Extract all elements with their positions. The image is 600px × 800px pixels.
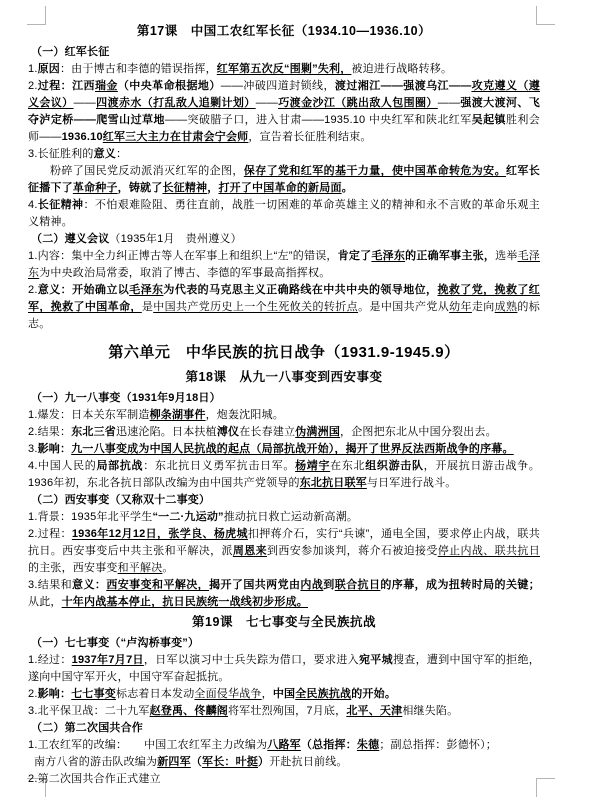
text-run: （一）红军长征 bbox=[31, 46, 109, 58]
paragraph: 1.经过：1937年7月7日，日军以演习中士兵失踪为借口，要求进入宛平城搜查，遭… bbox=[28, 652, 540, 686]
text-run: 粉碎了国民党反动派消灭红军的企图， bbox=[50, 165, 244, 177]
text-run: 新四军 bbox=[157, 756, 191, 768]
text-run: 和平解决 bbox=[118, 562, 163, 574]
text-run: —— bbox=[438, 97, 460, 109]
paragraph: 2.过程：1936年12月12日，张学良、杨虎城扣押蒋介石，实行“兵谏”，通电全… bbox=[28, 526, 540, 577]
text-run: 被迫进行战略转移。 bbox=[351, 63, 452, 75]
text-run: 开始确立以 bbox=[72, 284, 129, 296]
text-run: 肯定了 bbox=[338, 250, 372, 262]
text-run: 走向 bbox=[472, 301, 495, 313]
text-run: 意义： bbox=[72, 579, 106, 591]
text-run: ：由于博古和李德的错误指挥， bbox=[60, 63, 217, 75]
paragraph: 3.结果和意义：西安事变和平解决，揭开了国共两党由内战到联合抗日的序幕，成为扭转… bbox=[28, 577, 540, 611]
text-run: 长征精神 bbox=[162, 182, 207, 194]
text-run: 组织游击队 bbox=[365, 460, 423, 472]
document-page: 第17课 中国工农红军长征（1934.10—1936.10）（一）红军长征1.原… bbox=[0, 0, 600, 800]
text-run: 毛泽东 bbox=[129, 284, 163, 296]
text-run: 与日军进行战斗。 bbox=[367, 477, 457, 489]
paragraph: 1.原因：由于博古和李德的错误指挥，红军第五次反“围剿”失利，被迫进行战略转移。 bbox=[28, 61, 540, 78]
text-run: —— bbox=[74, 97, 96, 109]
text-run: 第18课 从九一八事变到西安事变 bbox=[186, 370, 383, 384]
lesson-title: 第17课 中国工农红军长征（1934.10—1936.10） bbox=[28, 22, 540, 41]
text-run: 联合抗日 bbox=[335, 579, 381, 591]
lesson-title: 第18课 从九一八事变到西安事变 bbox=[28, 368, 540, 387]
text-run: 标志着日本发动 bbox=[116, 688, 194, 700]
text-run: （二）西安事变（又称双十二事变） bbox=[31, 494, 210, 506]
text-run: 瑞金 bbox=[95, 80, 118, 92]
text-run: 打开了中国革命的新局面 bbox=[218, 182, 341, 194]
text-run: ，企图把东北从中国分裂出去。 bbox=[340, 426, 497, 438]
text-run: 。是中国共产党从 bbox=[358, 301, 449, 313]
text-run: 。 bbox=[342, 182, 353, 194]
text-run: 八路军 bbox=[267, 739, 301, 751]
text-run: 推动抗日救亡运动新高潮。 bbox=[224, 511, 358, 523]
text-run: 过程： bbox=[38, 80, 73, 92]
text-run: 迅速沦陷。日本扶植 bbox=[116, 426, 217, 438]
text-run: 保存了党和红军的基干力量，使中国革命转危为安。 bbox=[244, 165, 506, 177]
text-run: 揭开了国共两党由 bbox=[209, 579, 300, 591]
text-run: 第17课 中国工农红军长征（1934.10—1936.10） bbox=[137, 24, 431, 38]
text-run: 中国 bbox=[273, 688, 295, 700]
text-run: 原因 bbox=[38, 63, 60, 75]
unit-title: 第六单元 中华民族的抗日战争（1931.9-1945.9） bbox=[28, 342, 540, 364]
paragraph: 1.内容：集中全力纠正博古等人在军事上和组织上“左”的错误，肯定了毛泽东的正确军… bbox=[28, 248, 540, 282]
text-run: ， bbox=[262, 688, 273, 700]
text-run: 3.长征胜利的 bbox=[28, 148, 94, 160]
text-run: 2. bbox=[28, 284, 38, 296]
text-run: 第19课 七七事变与全民族抗战 bbox=[192, 615, 376, 629]
text-run: 到 bbox=[323, 579, 334, 591]
text-run: ；副总指挥：彭德怀）； bbox=[379, 739, 497, 751]
text-run: ，日军以演习中士兵失踪为借口，要求进入 bbox=[144, 654, 359, 666]
text-run: 渡过湘江——强渡乌江—— bbox=[335, 80, 472, 92]
paragraph: 4.长征精神：不怕艰难险阻、勇往直前，战胜一切困难的革命英雄主义的精神和永不言败… bbox=[28, 197, 540, 231]
text-run: 1.工农红军的改编： 中国工农红军主力改编为 bbox=[28, 739, 267, 751]
text-run: 3.北平保卫战：二十九军 bbox=[28, 705, 150, 717]
text-run: 南方八省的游击队改编为 bbox=[34, 756, 157, 768]
paragraph: 3.影响：九一八事变成为中国人民抗战的起点（局部抗战开始），揭开了世界反法西斯战… bbox=[28, 441, 540, 458]
text-run: ，炮轰沈阳城。 bbox=[206, 409, 284, 421]
text-run: （1935年1月 贵州遵义） bbox=[109, 233, 241, 245]
text-run: ：东北抗日义勇军抗击日军。 bbox=[143, 460, 295, 472]
paragraph: 4.中国人民的局部抗战：东北抗日义勇军抗击日军。杨靖宇在东北组织游击队，开展抗日… bbox=[28, 458, 540, 492]
text-run: 1.爆发：日本关东军制造 bbox=[28, 409, 150, 421]
text-run: 1936.10 bbox=[62, 131, 103, 143]
text-run: 七七事变 bbox=[71, 688, 116, 700]
text-run: ，宣告着长征胜利结束。 bbox=[248, 131, 371, 143]
text-run: ——突破腊子口，进入甘肃——1935.10 中央红军和陕北红军 bbox=[165, 114, 472, 126]
text-run: 十年内战基本停止，抗日民族统一战线初步形成。 bbox=[62, 596, 308, 608]
text-run: 4. bbox=[28, 199, 38, 211]
lesson-title: 第19课 七七事变与全民族抗战 bbox=[28, 613, 540, 632]
text-run: 1937年7月7日 bbox=[72, 654, 144, 666]
text-run: 意义： bbox=[38, 284, 72, 296]
text-run: 开赴抗日前线。 bbox=[269, 756, 347, 768]
text-run: ， bbox=[207, 182, 218, 194]
text-run: 幼年 bbox=[449, 301, 472, 313]
text-run: 为代表的马克思主义正确路线在中共中央的领导地位， bbox=[163, 284, 437, 296]
paragraph: 2.意义：开始确立以毛泽东为代表的马克思主义正确路线在中共中央的领导地位，挽救了… bbox=[28, 282, 540, 333]
text-run: 局部抗战 bbox=[96, 460, 143, 472]
text-run: 到西安参加谈判，蒋介石被迫接受 bbox=[267, 545, 438, 557]
text-run: “一二·九运动” bbox=[152, 511, 223, 523]
text-run: （一）七七事变（“卢沟桥事变”） bbox=[31, 637, 199, 649]
text-run: 全面侵华战争 bbox=[194, 688, 261, 700]
text-run: 西安事变和平解决， bbox=[106, 579, 209, 591]
paragraph: 2.影响：七七事变标志着日本发动全面侵华战争，中国全民族抗战的开始。 bbox=[28, 686, 540, 703]
text-run: 的主张，西安事变 bbox=[28, 562, 118, 574]
text-run: 北平、天津 bbox=[346, 705, 402, 717]
text-run: 将军壮烈殉国，7月底， bbox=[228, 705, 346, 717]
text-run: 宛平城 bbox=[359, 654, 393, 666]
text-run: 第六单元 中华民族的抗日战争（1931.9-1945.9） bbox=[108, 344, 459, 361]
text-run: 毛泽东 bbox=[371, 250, 405, 262]
text-run: 长征精神 bbox=[38, 199, 84, 211]
text-run: —— bbox=[256, 97, 278, 109]
text-run: 选举 bbox=[495, 250, 517, 262]
paragraph: 1.背景：1935年北平学生“一二·九运动”推动抗日救亡运动新高潮。 bbox=[28, 509, 540, 526]
text-run: 2.结果： bbox=[28, 426, 71, 438]
text-run: （ bbox=[301, 739, 312, 751]
text-run: 赵登禹、佟麟阁 bbox=[150, 705, 228, 717]
text-run: 2. bbox=[28, 80, 38, 92]
text-run: ，铸就了 bbox=[118, 182, 163, 194]
text-run: 2.过程： bbox=[28, 528, 72, 540]
text-run: 影响： bbox=[38, 688, 72, 700]
text-run: 是 bbox=[142, 301, 153, 313]
heading: （一）九一八事变（1931年9月18日） bbox=[28, 390, 540, 407]
text-run: 内战 bbox=[300, 579, 323, 591]
text-run: 东北抗日联军 bbox=[300, 477, 367, 489]
text-run: 军长：叶挺 bbox=[202, 756, 258, 768]
heading: （二）遵义会议（1935年1月 贵州遵义） bbox=[28, 231, 540, 248]
paragraph: 3.长征胜利的意义： bbox=[28, 146, 540, 163]
text-run: 总指挥： bbox=[312, 739, 357, 751]
text-run: 1.背景：1935年北平学生 bbox=[28, 511, 152, 523]
text-run: ： bbox=[116, 148, 127, 160]
text-run: （二）遵义会议 bbox=[31, 233, 109, 245]
text-run: 杨靖宇 bbox=[295, 460, 330, 472]
text-run: 3.结果和 bbox=[28, 579, 72, 591]
text-run: 东北三省 bbox=[71, 426, 116, 438]
text-run: （中央革命根据地） bbox=[118, 80, 221, 92]
text-run: 溥仪 bbox=[217, 426, 239, 438]
text-run: 的开始。 bbox=[351, 688, 396, 700]
heading: （一）红军长征 bbox=[28, 44, 540, 61]
text-run: 巧渡金沙江（跳出敌人包围圈） bbox=[278, 97, 438, 109]
text-run: ：不怕艰难险阻、勇往直前，战胜一切困难的革命英雄主义的精神和永不言败的革命乐观主… bbox=[28, 199, 540, 228]
text-run: 革命种子 bbox=[73, 182, 118, 194]
text-run: 的正确军事主张， bbox=[405, 250, 495, 262]
paragraph: 3.北平保卫战：二十九军赵登禹、佟麟阁将军壮烈殉国，7月底，北平、天津相继失陷。 bbox=[28, 703, 540, 720]
text-run: 1. bbox=[28, 63, 38, 75]
text-run: 吴起镇 bbox=[472, 114, 506, 126]
text-run: 1936年12月12日，张学良、杨虎城 bbox=[72, 528, 248, 540]
paragraph: 1.爆发：日本关东军制造柳条湖事件，炮轰沈阳城。 bbox=[28, 407, 540, 424]
text-run: 的序幕，成为扭转时局的关键； bbox=[380, 579, 540, 591]
heading: （一）七七事变（“卢沟桥事变”） bbox=[28, 635, 540, 652]
text-run: 。 bbox=[162, 562, 173, 574]
text-run: 周恩来 bbox=[233, 545, 267, 557]
text-run: 红军三大主力在甘肃会宁会师 bbox=[103, 131, 249, 143]
heading: （二）西安事变（又称双十二事变） bbox=[28, 492, 540, 509]
text-run: ） bbox=[258, 756, 269, 768]
document-body: 第17课 中国工农红军长征（1934.10—1936.10）（一）红军长征1.原… bbox=[28, 20, 540, 788]
paragraph: 2.结果：东北三省迅速沦陷。日本扶植溥仪在长春建立伪满洲国，企图把东北从中国分裂… bbox=[28, 424, 540, 441]
text-run: ——冲破四道封锁线， bbox=[221, 80, 335, 92]
text-run: 四渡赤水（打乱敌人追剿计划） bbox=[96, 97, 256, 109]
paragraph: 粉碎了国民党反动派消灭红军的企图，保存了党和红军的基干力量，使中国革命转危为安。… bbox=[28, 163, 540, 197]
text-run: 影响： bbox=[38, 443, 72, 455]
text-run: 相继失陷。 bbox=[402, 705, 458, 717]
paragraph: 1.工农红军的改编： 中国工农红军主力改编为八路军（总指挥：朱德；副总指挥：彭德… bbox=[28, 737, 540, 754]
text-run: 3. bbox=[28, 443, 38, 455]
text-run: 江西 bbox=[72, 80, 95, 92]
text-run: 柳条湖事件 bbox=[150, 409, 206, 421]
text-run: 成熟 bbox=[495, 301, 518, 313]
text-run: 意义 bbox=[94, 148, 116, 160]
text-run: 在长春建立 bbox=[239, 426, 295, 438]
text-run: 九一八事变成为中国人民抗战的起点（局部抗战开始），揭开了世界反法西斯战争的序幕。 bbox=[71, 443, 514, 455]
text-run: 在东北 bbox=[330, 460, 365, 472]
text-run: 1.内容：集中全力纠正博古等人在军事上和组织上“左”的错误， bbox=[28, 250, 338, 262]
text-run: （二）第二次国共合作 bbox=[31, 722, 143, 734]
heading: （二）第二次国共合作 bbox=[28, 720, 540, 737]
text-run: 中国共产党历史上一个生死攸关的转折点 bbox=[153, 301, 358, 313]
text-run: 为中央政治局常委，取消了博古、李德的军事最高指挥权。 bbox=[39, 267, 330, 279]
text-run: 红军第五次反“围剿”失利， bbox=[217, 63, 352, 75]
text-run: 2.第二次国共合作正式建立 bbox=[28, 773, 161, 785]
text-run: 全民族抗战 bbox=[295, 688, 351, 700]
text-run: 1.经过： bbox=[28, 654, 72, 666]
text-run: 4.中国人民的 bbox=[28, 460, 96, 472]
text-run: （ bbox=[191, 756, 202, 768]
text-run: 朱德 bbox=[357, 739, 379, 751]
text-run: （一）九一八事变（1931年9月18日） bbox=[31, 392, 221, 404]
text-run: 2. bbox=[28, 688, 38, 700]
paragraph: 南方八省的游击队改编为新四军（军长：叶挺）开赴抗日前线。 bbox=[28, 754, 540, 771]
paragraph: 2.过程：江西瑞金（中央革命根据地）——冲破四道封锁线，渡过湘江——强渡乌江——… bbox=[28, 78, 540, 146]
text-run: 从此， bbox=[28, 596, 62, 608]
text-run: 伪满洲国 bbox=[295, 426, 340, 438]
text-run: 停止内战、联共抗日 bbox=[438, 545, 540, 557]
paragraph: 2.第二次国共合作正式建立 bbox=[28, 771, 540, 788]
